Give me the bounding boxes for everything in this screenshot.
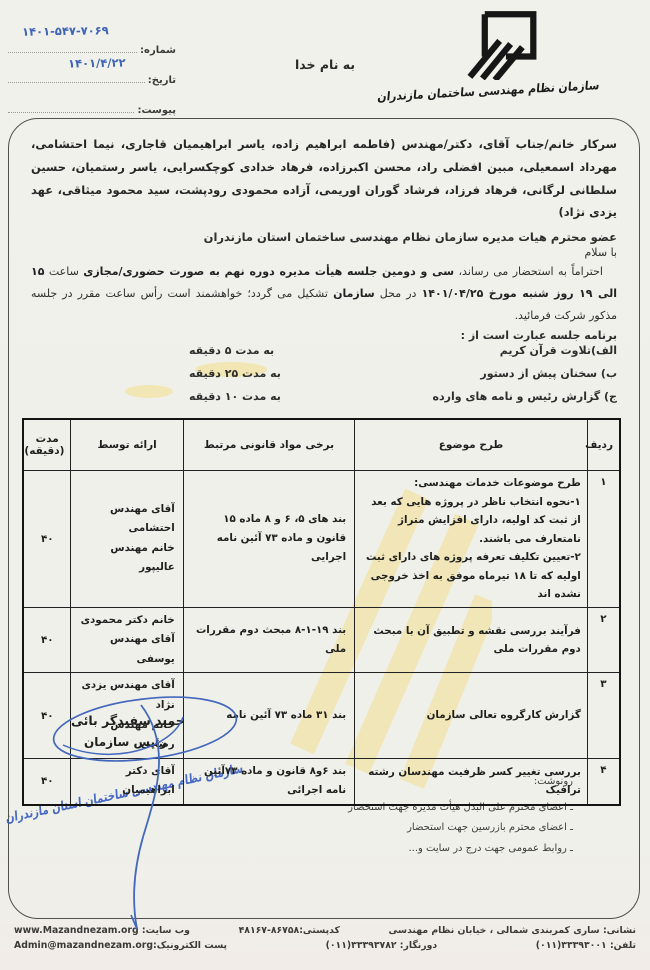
- date-handwritten-value: ۱۴۰۱/۴/۲۲: [68, 55, 126, 70]
- program-item: ج) گزارش رئیس و نامه های وارده به مدت ۱۰…: [31, 390, 617, 413]
- presenter-name: خانم دکتر محمودی: [79, 611, 174, 631]
- topic-line: طرح موضوعات خدمات مهندسی:: [361, 474, 581, 493]
- date-field: تاریخ: ۱۴۰۱/۴/۲۲: [8, 56, 176, 86]
- program-item-label: ج) گزارش رئیس و نامه های وارده: [433, 390, 617, 403]
- footer-postal: کدپستی:۴۸۱۶۷-۸۶۷۵۸: [239, 925, 340, 936]
- attachment-label: پیوست:: [137, 105, 176, 116]
- cc-item: ـ اعضای محترم بازرسین جهت استحضار: [348, 820, 573, 836]
- col-header-row-number: ردیف: [587, 419, 620, 471]
- postal-label: کدپستی:: [299, 925, 340, 936]
- duration-cell: ۴۰: [23, 758, 71, 805]
- phone-label: تلفن:: [610, 940, 636, 951]
- topic-line: ۱-نحوه انتخاب ناظر در پروژه هایی که بعد …: [361, 493, 581, 549]
- website-label: وب سایت:: [142, 925, 190, 936]
- attachment-dotted-line: [8, 104, 134, 113]
- fax-value: (۰۱۱)۳۳۳۹۳۷۸۲: [326, 940, 397, 951]
- row-number-cell: ۱: [587, 471, 620, 608]
- program-item-duration: به مدت ۵ دقیقه: [189, 344, 274, 357]
- topic-cell: فرآیند بررسی نقشه و تطبیق آن با مبحث دوم…: [355, 607, 588, 673]
- duration-cell: ۴۰: [23, 607, 71, 673]
- program-item-label: الف)تلاوت قرآن کریم: [500, 344, 617, 357]
- topic-cell: گزارش کارگروه تعالی سازمان: [355, 673, 588, 758]
- program-item-duration: به مدت ۲۵ دقیقه: [189, 367, 281, 380]
- legal-articles-cell: بند ۱۹-۱-۸ مبحث دوم مقررات ملی: [183, 607, 354, 673]
- col-header-presenter: ارائه توسط: [71, 419, 183, 471]
- body-mid2: در محل: [375, 287, 422, 300]
- org-name-calligraphy: سازمان نظام مهندسی ساختمان مازندران: [377, 78, 600, 104]
- topic-line: فرآیند بررسی نقشه و تطبیق آن با مبحث دوم…: [361, 622, 581, 659]
- topic-line: بررسی تغییر کسر ظرفیت مهندسان رشته ترافی…: [361, 763, 581, 800]
- topic-line: ۲-تعیین تکلیف تعرفه پروژه های دارای ثبت …: [361, 548, 581, 604]
- footer-line-1: نشانی: ساری کمربندی شمالی ، خیابان نظام …: [0, 925, 650, 936]
- presenter-name: آقای مهندس یزدی نژاد: [79, 676, 174, 715]
- salutation-line: با سلام: [31, 246, 617, 259]
- presenter-cell: آقای دکتر ابراهیمیان: [71, 758, 183, 805]
- address-label: نشانی:: [603, 925, 636, 936]
- body-bold-org: سازمان: [333, 287, 375, 300]
- col-header-topic: طرح موضوع: [355, 419, 588, 471]
- address-value: ساری کمربندی شمالی ، خیابان نظام مهندسی: [389, 925, 603, 936]
- cc-item: ـ روابط عمومی جهت درج در سایت و...: [348, 841, 573, 857]
- signer-name: حمید سفیدگر بائی: [71, 713, 185, 728]
- number-handwritten-value: ۱۴۰۱-۵۴۷-۷۰۶۹: [22, 23, 109, 39]
- email-label: پست الکترونیک:: [153, 940, 227, 951]
- agenda-table-row: ۲فرآیند بررسی نقشه و تطبیق آن با مبحث دو…: [23, 607, 620, 673]
- row-number-cell: ۴: [587, 758, 620, 805]
- agenda-table-row: ۱طرح موضوعات خدمات مهندسی:۱-نحوه انتخاب …: [23, 471, 620, 608]
- footer-line-2: تلفن: (۰۱۱)۳۳۳۹۳۰۰۱ دورنگار: (۰۱۱)۳۳۳۹۳۷…: [0, 940, 650, 951]
- bismillah-text: به نام خدا: [255, 57, 395, 72]
- footer-phone: تلفن: (۰۱۱)۳۳۳۹۳۰۰۱: [536, 940, 636, 951]
- org-logo-block: سازمان نظام مهندسی ساختمان مازندران: [392, 8, 612, 99]
- agenda-table-row: ۴بررسی تغییر کسر ظرفیت مهندسان رشته تراف…: [23, 758, 620, 805]
- header-fields: شماره: ۱۴۰۱-۵۴۷-۷۰۶۹ تاریخ: ۱۴۰۱/۴/۲۲ پی…: [8, 26, 176, 116]
- body-bold-session: سی و دومین جلسه هیأت مدیره دوره نهم به ص…: [83, 265, 454, 278]
- program-item: ب) سخنان پیش از دستور به مدت ۲۵ دقیقه: [31, 367, 617, 390]
- footer-address: نشانی: ساری کمربندی شمالی ، خیابان نظام …: [389, 925, 636, 936]
- program-item: الف)تلاوت قرآن کریم به مدت ۵ دقیقه: [31, 344, 617, 367]
- presenter-cell: خانم دکتر محمودیآقای مهندس یوسفی: [71, 607, 183, 673]
- row-number-cell: ۲: [587, 607, 620, 673]
- row-number-cell: ۳: [587, 673, 620, 758]
- signer-title: رئیس سازمان: [71, 735, 167, 749]
- date-label: تاریخ:: [148, 75, 176, 86]
- signature-block: حمید سفیدگر بائی رئیس سازمان: [71, 713, 185, 749]
- email-value: Admin@mazandnezam.org: [14, 940, 153, 951]
- number-field: شماره: ۱۴۰۱-۵۴۷-۷۰۶۹: [8, 26, 176, 56]
- legal-articles-cell: بند های ۵، ۶ و ۸ ماده ۱۵ قانون و ماده ۷۳…: [183, 471, 354, 608]
- body-mid1: ساعت: [44, 265, 83, 278]
- addressee-line: عضو محترم هیات مدیره سازمان نظام مهندسی …: [31, 230, 617, 244]
- topic-cell: بررسی تغییر کسر ظرفیت مهندسان رشته ترافی…: [355, 758, 588, 805]
- legal-articles-cell: بند ۳۱ ماده ۷۳ آئین نامه: [183, 673, 354, 758]
- topic-line: گزارش کارگروه تعالی سازمان: [361, 706, 581, 725]
- footer-website: وب سایت: www.Mazandnezam.org: [14, 925, 190, 936]
- fax-label: دورنگار:: [400, 940, 437, 951]
- legal-articles-cell: بند ۶و۸ قانون و ماده ۷۳آئین نامه اجرائی: [183, 758, 354, 805]
- body-paragraph: احتراماً به استحضار می رساند، سی و دومین…: [31, 261, 617, 327]
- presenter-name: خانم مهندس عالیپور: [79, 539, 174, 578]
- phone-value: (۰۱۱)۳۳۳۹۳۰۰۱: [536, 940, 607, 951]
- program-item-duration: به مدت ۱۰ دقیقه: [189, 390, 281, 403]
- letter-sheet: شماره: ۱۴۰۱-۵۴۷-۷۰۶۹ تاریخ: ۱۴۰۱/۴/۲۲ پی…: [0, 0, 650, 970]
- presenter-cell: آقای مهندس احتشامیخانم مهندس عالیپور: [71, 471, 183, 608]
- letter-body-frame: سرکار خانم/جناب آقای، دکتر/مهندس (فاطمه …: [8, 118, 640, 919]
- org-logo-icon: [454, 8, 550, 80]
- duration-cell: ۴۰: [23, 673, 71, 758]
- presenter-name: آقای دکتر ابراهیمیان: [79, 762, 174, 801]
- body-pre: احتراماً به استحضار می رساند،: [454, 265, 603, 278]
- duration-cell: ۴۰: [23, 471, 71, 608]
- presenter-name: آقای مهندس احتشامی: [79, 500, 174, 539]
- footer-email: پست الکترونیک:Admin@mazandnezam.org: [14, 940, 227, 951]
- number-dotted-line: [8, 44, 137, 53]
- topic-cell: طرح موضوعات خدمات مهندسی:۱-نحوه انتخاب ن…: [355, 471, 588, 608]
- recipients-paragraph: سرکار خانم/جناب آقای، دکتر/مهندس (فاطمه …: [31, 133, 617, 224]
- number-label: شماره:: [140, 45, 176, 56]
- presenter-name: آقای مهندس یوسفی: [79, 630, 174, 669]
- col-header-legal: برخی مواد قانونی مرتبط: [183, 419, 354, 471]
- website-value: www.Mazandnezam.org: [14, 925, 139, 936]
- date-dotted-line: [8, 74, 145, 83]
- program-item-label: ب) سخنان پیش از دستور: [480, 367, 617, 380]
- footer: نشانی: ساری کمربندی شمالی ، خیابان نظام …: [0, 925, 650, 955]
- col-header-duration: مدت (دقیقه): [23, 419, 71, 471]
- postal-value: ۴۸۱۶۷-۸۶۷۵۸: [239, 925, 300, 936]
- agenda-table-header-row: ردیف طرح موضوع برخی مواد قانونی مرتبط ار…: [23, 419, 620, 471]
- attachment-field: پیوست:: [8, 86, 176, 116]
- agenda-intro-line: برنامه جلسه عبارت است از :: [31, 329, 617, 342]
- footer-fax: دورنگار: (۰۱۱)۳۳۳۹۳۷۸۲: [326, 940, 438, 951]
